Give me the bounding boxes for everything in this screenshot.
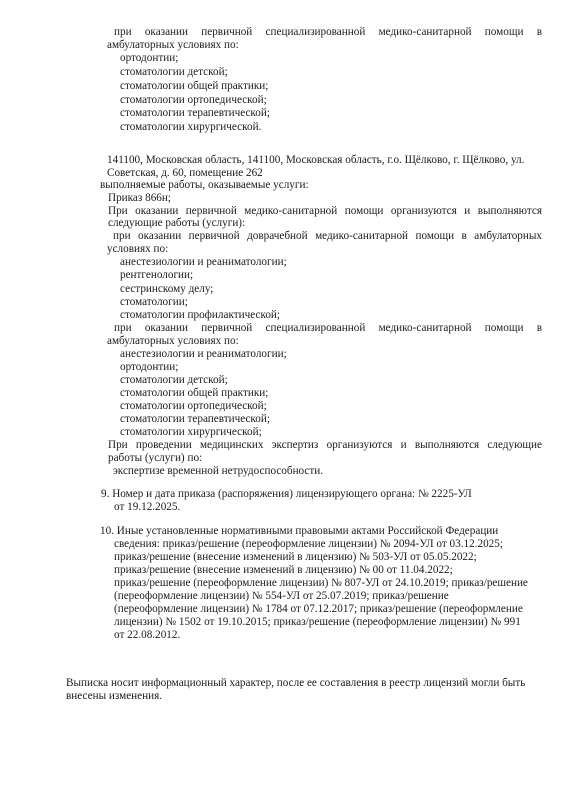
service-item: стоматологии общей практики; (120, 387, 268, 400)
service-item: сестринскому делу; (120, 283, 213, 296)
section-10-heading: 10. Иные установленные нормативными прав… (100, 525, 498, 538)
service-item: стоматологии терапевтической; (120, 413, 270, 426)
service-item: стоматологии общей практики; (120, 80, 268, 93)
service-item: стоматологии ортопедической; (120, 94, 267, 107)
expertise-item: экспертизе временной нетрудоспособности. (113, 465, 323, 478)
prehospital-care-intro: при оказании первичной доврачебной медик… (113, 230, 542, 243)
specialized-care-intro-cont: амбулаторных условиях по: (107, 39, 239, 52)
service-item: стоматологии хирургической. (120, 121, 261, 134)
section-9-date: от 19.12.2025. (114, 501, 180, 514)
specialized-care-intro: при оказании первичной специализированно… (114, 322, 542, 335)
service-item: стоматологии хирургической; (120, 426, 262, 439)
primary-care-heading: При оказании первичной медико-санитарной… (108, 205, 542, 218)
service-item: стоматологии профилактической; (120, 309, 280, 322)
service-item: анестезиологии и реаниматологии; (120, 348, 287, 361)
works-label: выполняемые работы, оказываемые услуги: (100, 179, 309, 192)
section-10-line: сведения: приказ/решение (переоформление… (114, 538, 503, 551)
service-item: рентгенологии; (120, 269, 193, 282)
footer-disclaimer-cont: внесены изменения. (66, 690, 162, 703)
section-10-line: (переоформление лицензии) № 1784 от 07.1… (114, 603, 523, 616)
service-item: стоматологии; (120, 296, 188, 309)
service-item: ортодонтии; (120, 52, 178, 65)
section-10-line: приказ/решение (переоформление лицензии)… (114, 577, 528, 590)
service-item: стоматологии ортопедической; (120, 400, 267, 413)
address-line: 141100, Московская область, 141100, Моск… (107, 154, 524, 167)
section-10-line: (переоформление лицензии) № 554-УЛ от 25… (114, 590, 449, 603)
specialized-care-intro: при оказании первичной специализированно… (114, 26, 542, 39)
address-line-cont: Советская, д. 60, помещение 262 (107, 167, 263, 180)
prehospital-care-intro-cont: условиях по: (107, 243, 168, 256)
section-10-line: приказ/решение (внесение изменений в лиц… (114, 564, 453, 577)
service-item: стоматологии детской; (120, 66, 228, 79)
expertise-heading-cont: работы (услуги) по: (108, 452, 202, 465)
section-9-license-order: 9. Номер и дата приказа (распоряжения) л… (101, 488, 472, 501)
footer-disclaimer: Выписка носит информационный характер, п… (66, 677, 525, 690)
expertise-heading: При проведении медицинских экспертиз орг… (108, 439, 542, 452)
specialized-care-intro-cont: амбулаторных условиях по: (107, 335, 239, 348)
section-10-line: приказ/решение (внесение изменений в лиц… (114, 551, 477, 564)
primary-care-heading-cont: следующие работы (услуги): (108, 217, 245, 230)
service-item: стоматологии детской; (120, 374, 228, 387)
service-item: анестезиологии и реаниматологии; (120, 256, 287, 269)
service-item: ортодонтии; (120, 361, 178, 374)
order-reference: Приказ 866н; (108, 192, 171, 205)
section-10-line: лицензии) № 1502 от 19.10.2015; приказ/р… (114, 616, 521, 629)
section-10-line: от 22.08.2012. (114, 629, 180, 642)
service-item: стоматологии терапевтической; (120, 107, 270, 120)
